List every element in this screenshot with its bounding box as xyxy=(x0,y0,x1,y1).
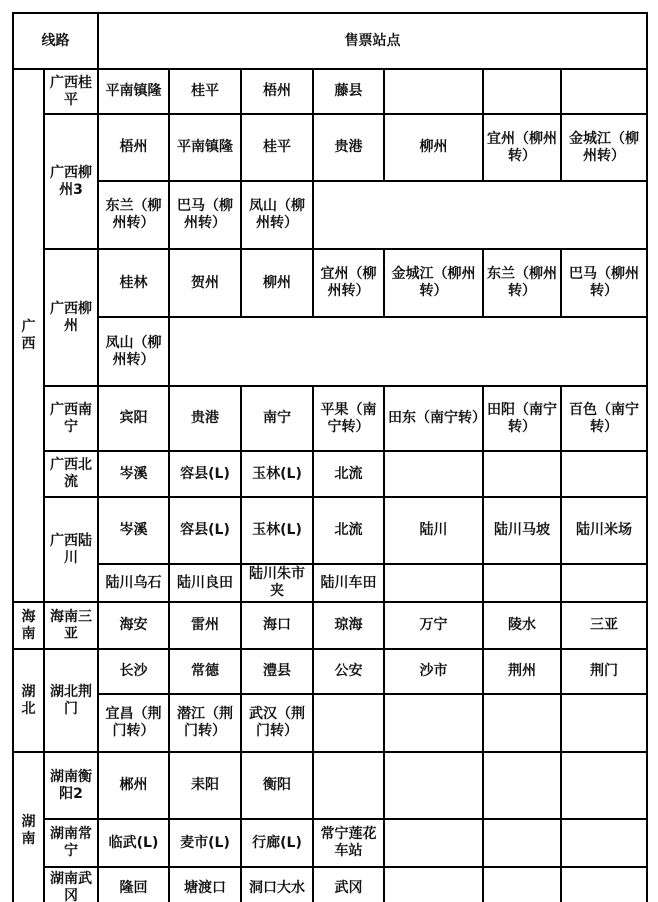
station-cell: 玉林(L) xyxy=(241,451,313,497)
station-cell: 南宁 xyxy=(241,386,313,451)
station-cell: 桂林 xyxy=(98,249,169,317)
station-cell: 平南镇隆 xyxy=(169,114,241,181)
station-cell: 北流 xyxy=(313,497,384,564)
province-cell: 广西 xyxy=(13,69,44,602)
station-cell: 北流 xyxy=(313,451,384,497)
station-cell: 陆川良田 xyxy=(169,564,241,602)
station-cell: 田东（南宁转） xyxy=(384,386,483,451)
table-row: 广西广西桂平平南镇隆桂平梧州藤县 xyxy=(13,69,647,114)
station-cell: 万宁 xyxy=(384,602,483,649)
station-cell: 武汉（荆门转） xyxy=(241,694,313,752)
station-cell: 武冈 xyxy=(313,867,384,902)
station-cell: 田阳（南宁转） xyxy=(483,386,561,451)
station-cell xyxy=(561,694,647,752)
station-cell: 梧州 xyxy=(241,69,313,114)
table-row: 广西柳州3梧州平南镇隆桂平贵港柳州宜州（柳州转）金城江（柳州转） xyxy=(13,114,647,181)
station-cell: 平果（南宁转） xyxy=(313,386,384,451)
station-cell: 贵港 xyxy=(313,114,384,181)
ticket-stations-table: 线路售票站点广西广西桂平平南镇隆桂平梧州藤县广西柳州3梧州平南镇隆桂平贵港柳州宜… xyxy=(12,12,648,902)
station-cell xyxy=(384,819,483,867)
station-cell xyxy=(384,564,483,602)
station-cell: 荆州 xyxy=(483,649,561,694)
station-cell: 陆川乌石 xyxy=(98,564,169,602)
station-cell: 陆川车田 xyxy=(313,564,384,602)
station-cell: 宜昌（荆门转） xyxy=(98,694,169,752)
header-route: 线路 xyxy=(13,13,98,69)
station-cell: 柳州 xyxy=(384,114,483,181)
station-cell: 百色（南宁转） xyxy=(561,386,647,451)
empty-cell xyxy=(169,317,647,386)
station-cell: 衡阳 xyxy=(241,752,313,819)
station-cell xyxy=(483,69,561,114)
station-cell: 陆川朱市夹 xyxy=(241,564,313,602)
station-cell: 隆回 xyxy=(98,867,169,902)
station-cell xyxy=(313,752,384,819)
province-cell: 湖北 xyxy=(13,649,44,752)
station-cell xyxy=(561,564,647,602)
station-cell: 东兰（柳州转） xyxy=(98,181,169,249)
station-cell: 藤县 xyxy=(313,69,384,114)
station-cell: 容县(L) xyxy=(169,497,241,564)
station-cell: 陆川米场 xyxy=(561,497,647,564)
station-cell: 郴州 xyxy=(98,752,169,819)
table-row: 海南海南三亚海安雷州海口琼海万宁陵水三亚 xyxy=(13,602,647,649)
station-cell: 琼海 xyxy=(313,602,384,649)
station-cell: 桂平 xyxy=(241,114,313,181)
station-cell xyxy=(384,451,483,497)
station-cell xyxy=(483,819,561,867)
station-cell: 东兰（柳州转） xyxy=(483,249,561,317)
empty-cell xyxy=(313,181,647,249)
station-cell: 麦市(L) xyxy=(169,819,241,867)
station-cell xyxy=(483,867,561,902)
station-cell xyxy=(561,867,647,902)
table-row: 湖南湖南衡阳2郴州耒阳衡阳 xyxy=(13,752,647,819)
header-stations: 售票站点 xyxy=(98,13,647,69)
station-cell: 耒阳 xyxy=(169,752,241,819)
station-cell: 公安 xyxy=(313,649,384,694)
station-cell xyxy=(384,69,483,114)
route-cell: 广西桂平 xyxy=(44,69,98,114)
route-cell: 湖南武冈 xyxy=(44,867,98,902)
station-cell xyxy=(313,694,384,752)
station-cell: 巴马（柳州转） xyxy=(561,249,647,317)
table-row: 湖南常宁临武(L)麦市(L)行廊(L)常宁莲花车站 xyxy=(13,819,647,867)
station-cell xyxy=(561,819,647,867)
station-cell: 沙市 xyxy=(384,649,483,694)
station-cell: 宾阳 xyxy=(98,386,169,451)
table-row: 东兰（柳州转）巴马（柳州转）凤山（柳州转） xyxy=(13,181,647,249)
station-cell: 平南镇隆 xyxy=(98,69,169,114)
station-cell: 塘渡口 xyxy=(169,867,241,902)
route-cell: 湖南衡阳2 xyxy=(44,752,98,819)
table-row: 广西陆川岑溪容县(L)玉林(L)北流陆川陆川马坡陆川米场 xyxy=(13,497,647,564)
station-cell: 临武(L) xyxy=(98,819,169,867)
header-row: 线路售票站点 xyxy=(13,13,647,69)
table-row: 广西柳州桂林贺州柳州宜州（柳州转）金城江（柳州转）东兰（柳州转）巴马（柳州转） xyxy=(13,249,647,317)
station-cell: 容县(L) xyxy=(169,451,241,497)
station-cell: 巴马（柳州转） xyxy=(169,181,241,249)
station-cell xyxy=(483,451,561,497)
station-cell: 岑溪 xyxy=(98,497,169,564)
station-cell: 梧州 xyxy=(98,114,169,181)
station-cell: 凤山（柳州转） xyxy=(98,317,169,386)
station-cell xyxy=(483,564,561,602)
station-cell: 雷州 xyxy=(169,602,241,649)
route-cell: 湖南常宁 xyxy=(44,819,98,867)
station-cell: 陵水 xyxy=(483,602,561,649)
route-cell: 广西柳州3 xyxy=(44,114,98,249)
station-cell xyxy=(384,752,483,819)
station-cell: 长沙 xyxy=(98,649,169,694)
route-cell: 湖北荆门 xyxy=(44,649,98,752)
station-cell: 洞口大水 xyxy=(241,867,313,902)
station-cell xyxy=(561,69,647,114)
station-cell xyxy=(561,752,647,819)
province-cell: 海南 xyxy=(13,602,44,649)
station-cell: 陆川马坡 xyxy=(483,497,561,564)
station-cell: 行廊(L) xyxy=(241,819,313,867)
station-cell: 凤山（柳州转） xyxy=(241,181,313,249)
station-cell xyxy=(561,451,647,497)
route-cell: 广西南宁 xyxy=(44,386,98,451)
station-cell: 荆门 xyxy=(561,649,647,694)
table-row: 宜昌（荆门转）潜江（荆门转）武汉（荆门转） xyxy=(13,694,647,752)
station-cell xyxy=(384,694,483,752)
station-cell: 金城江（柳州转） xyxy=(561,114,647,181)
station-cell: 陆川 xyxy=(384,497,483,564)
station-cell: 海口 xyxy=(241,602,313,649)
table-row: 广西南宁宾阳贵港南宁平果（南宁转）田东（南宁转）田阳（南宁转）百色（南宁转） xyxy=(13,386,647,451)
station-cell: 常宁莲花车站 xyxy=(313,819,384,867)
station-cell: 常德 xyxy=(169,649,241,694)
station-cell: 桂平 xyxy=(169,69,241,114)
station-cell: 宜州（柳州转） xyxy=(313,249,384,317)
station-cell: 海安 xyxy=(98,602,169,649)
route-cell: 广西陆川 xyxy=(44,497,98,602)
station-cell: 柳州 xyxy=(241,249,313,317)
station-cell: 贺州 xyxy=(169,249,241,317)
station-cell xyxy=(384,867,483,902)
table-row: 凤山（柳州转） xyxy=(13,317,647,386)
route-cell: 广西北流 xyxy=(44,451,98,497)
table-row: 湖北湖北荆门长沙常德澧县公安沙市荆州荆门 xyxy=(13,649,647,694)
station-cell: 潜江（荆门转） xyxy=(169,694,241,752)
station-cell xyxy=(483,752,561,819)
table-row: 湖南武冈隆回塘渡口洞口大水武冈 xyxy=(13,867,647,902)
station-cell: 贵港 xyxy=(169,386,241,451)
station-cell: 岑溪 xyxy=(98,451,169,497)
table-row: 陆川乌石陆川良田陆川朱市夹陆川车田 xyxy=(13,564,647,602)
table-body: 线路售票站点广西广西桂平平南镇隆桂平梧州藤县广西柳州3梧州平南镇隆桂平贵港柳州宜… xyxy=(13,13,647,902)
route-cell: 广西柳州 xyxy=(44,249,98,386)
station-cell: 玉林(L) xyxy=(241,497,313,564)
station-cell: 宜州（柳州转） xyxy=(483,114,561,181)
station-cell: 三亚 xyxy=(561,602,647,649)
station-cell: 金城江（柳州转） xyxy=(384,249,483,317)
province-cell: 湖南 xyxy=(13,752,44,902)
station-cell xyxy=(483,694,561,752)
station-cell: 澧县 xyxy=(241,649,313,694)
table-row: 广西北流岑溪容县(L)玉林(L)北流 xyxy=(13,451,647,497)
route-cell: 海南三亚 xyxy=(44,602,98,649)
